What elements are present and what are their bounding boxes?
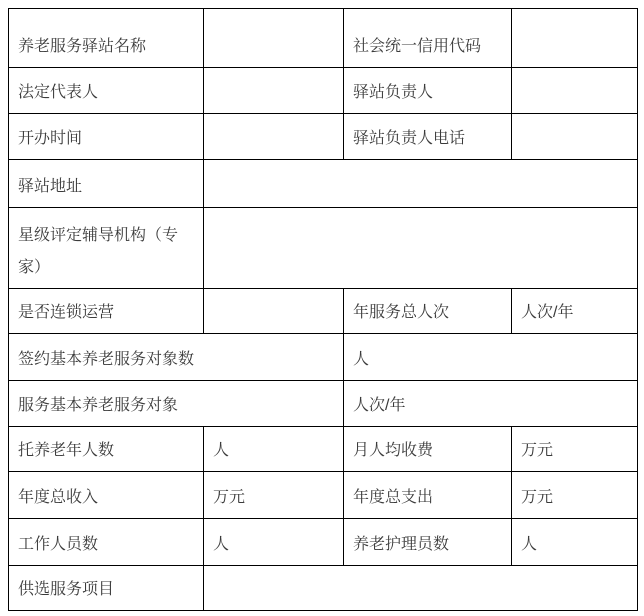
field-legal-representative (204, 68, 344, 114)
table-row: 托养老年人数 人 月人均收费 万元 (9, 427, 638, 472)
unit-annual-total-income: 万元 (204, 472, 344, 519)
label-resident-elderly-count: 托养老年人数 (9, 427, 204, 472)
table-row: 工作人员数 人 养老护理员数 人 (9, 519, 638, 566)
field-station-name (204, 9, 344, 68)
label-opening-date: 开办时间 (9, 114, 204, 160)
label-caregiver-count: 养老护理员数 (344, 519, 512, 566)
unit-annual-total-expenditure: 万元 (512, 472, 638, 519)
field-chain-operation (204, 289, 344, 334)
label-star-rating-agency: 星级评定辅导机构（专家） (9, 208, 204, 289)
field-star-rating-agency (204, 208, 638, 289)
field-opening-date (204, 114, 344, 160)
unit-resident-elderly-count: 人 (204, 427, 344, 472)
table-row: 是否连锁运营 年服务总人次 人次/年 (9, 289, 638, 334)
label-credit-code: 社会统一信用代码 (344, 9, 512, 68)
label-station-name: 养老服务驿站名称 (9, 9, 204, 68)
unit-staff-count: 人 (204, 519, 344, 566)
field-optional-service-items (204, 566, 638, 611)
table-row: 开办时间 驿站负责人电话 (9, 114, 638, 160)
field-station-address (204, 160, 638, 208)
label-annual-total-expenditure: 年度总支出 (344, 472, 512, 519)
table-row: 星级评定辅导机构（专家） (9, 208, 638, 289)
label-station-manager: 驿站负责人 (344, 68, 512, 114)
label-chain-operation: 是否连锁运营 (9, 289, 204, 334)
label-monthly-average-fee: 月人均收费 (344, 427, 512, 472)
page: 养老服务驿站名称 社会统一信用代码 法定代表人 驿站负责人 开办时间 驿站负责人… (0, 0, 644, 616)
unit-served-basic-service-targets: 人次/年 (344, 381, 638, 427)
unit-annual-service-visits: 人次/年 (512, 289, 638, 334)
label-optional-service-items: 供选服务项目 (9, 566, 204, 611)
table-row: 养老服务驿站名称 社会统一信用代码 (9, 9, 638, 68)
field-station-manager (512, 68, 638, 114)
label-served-basic-service-targets: 服务基本养老服务对象 (9, 381, 344, 427)
service-station-form-table: 养老服务驿站名称 社会统一信用代码 法定代表人 驿站负责人 开办时间 驿站负责人… (8, 8, 638, 611)
unit-monthly-average-fee: 万元 (512, 427, 638, 472)
label-contracted-basic-service-count: 签约基本养老服务对象数 (9, 334, 344, 381)
field-credit-code (512, 9, 638, 68)
table-row: 年度总收入 万元 年度总支出 万元 (9, 472, 638, 519)
label-annual-service-visits: 年服务总人次 (344, 289, 512, 334)
table-row: 供选服务项目 (9, 566, 638, 611)
unit-contracted-basic-service-count: 人 (344, 334, 638, 381)
unit-caregiver-count: 人 (512, 519, 638, 566)
label-legal-representative: 法定代表人 (9, 68, 204, 114)
table-row: 驿站地址 (9, 160, 638, 208)
field-manager-phone (512, 114, 638, 160)
label-annual-total-income: 年度总收入 (9, 472, 204, 519)
label-staff-count: 工作人员数 (9, 519, 204, 566)
label-manager-phone: 驿站负责人电话 (344, 114, 512, 160)
label-station-address: 驿站地址 (9, 160, 204, 208)
table-row: 法定代表人 驿站负责人 (9, 68, 638, 114)
table-row: 签约基本养老服务对象数 人 (9, 334, 638, 381)
table-row: 服务基本养老服务对象 人次/年 (9, 381, 638, 427)
